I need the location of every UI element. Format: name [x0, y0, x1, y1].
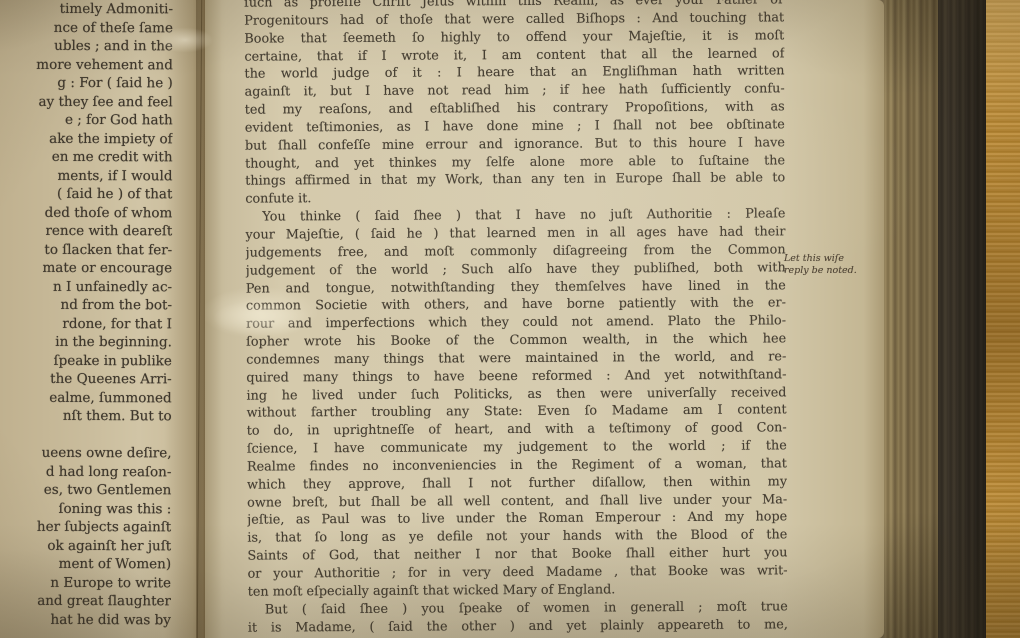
left-page-text-line: ( ſaid he ) of that [0, 185, 172, 204]
left-page-text-line: nd from the bot- [0, 296, 172, 315]
margin-note-line: Let this wiſe [784, 253, 876, 265]
left-page-text-line: rdone, for that I [0, 314, 172, 333]
left-page-text-line: es, two Gentlemen [0, 481, 171, 500]
left-page-text-line: to ſlacken that fer- [0, 240, 172, 259]
left-page-text-line: mate or encourage [0, 259, 172, 278]
left-page-text-line: ſpeake in publike [0, 351, 172, 370]
left-page-text-line: hat he did was by [0, 610, 171, 629]
left-page-text-line: the Queenes Arri- [0, 370, 172, 389]
left-page-text-line: ded thoſe of whom [0, 203, 172, 222]
left-page-text-line: nſt them. But to [0, 407, 172, 426]
book-photo: timely Admoniti-nce of theſe ſameubles ;… [0, 0, 1020, 638]
left-page-text-line: d had long reaſon- [0, 462, 171, 481]
book-cover-edge [930, 0, 986, 638]
left-page-text-line: ſoning was this : [0, 499, 171, 518]
left-page-text-line: and great ſlaughter [0, 592, 171, 611]
main-page-text-line: things affirmed in that my Work, than an… [245, 170, 785, 191]
left-page-text-line: rence with deareſt [0, 222, 172, 241]
left-page-text-line: ok againſt her juſt [0, 536, 171, 555]
left-page-text-line: her ſubjects againſt [0, 518, 171, 537]
left-page-text-line: n I unfainedly ac- [0, 277, 172, 296]
left-page-text-line: nce of theſe ſame [1, 18, 173, 37]
left-page-text-line: n Europe to write [0, 573, 171, 592]
left-page-text-line: ay they ſee and feel [1, 92, 173, 111]
left-page-text-line: timely Admoniti- [1, 0, 173, 19]
main-page-text-line: or your Authoritie ; for in very deed Ma… [248, 562, 788, 583]
left-page-text-line: g : For ( ſaid he ) [1, 74, 173, 93]
left-page-text-fragments: timely Admoniti-nce of theſe ſameubles ;… [0, 0, 173, 629]
left-page-text-line: ake the impiety of [1, 129, 173, 148]
left-page-text-line: ment of Women) [0, 555, 171, 574]
margin-note: Let this wiſe reply be noted. [784, 253, 876, 276]
left-page-text-line: more vehement and [1, 55, 173, 74]
margin-note-line: reply be noted. [784, 265, 876, 277]
main-page-text-line: it is Madame, ( ſaid the other ) and yet… [248, 616, 788, 637]
left-page-text-line: e ; for God hath [1, 111, 173, 130]
left-page-text-line [0, 425, 172, 444]
left-page-text-line: ments, if I would [0, 166, 172, 185]
left-page-text-line: ueens owne deſire, [0, 444, 172, 463]
left-page-text-line: ealme, ſummoned [0, 388, 172, 407]
main-page-text: ſuch as profeſſe Chriſt Jeſus within thi… [244, 0, 788, 637]
left-page-text-line: in the beginning. [0, 333, 172, 352]
left-page-text-line: en me credit with [1, 148, 173, 167]
left-page-text-line: ubles ; and in the [1, 37, 173, 56]
